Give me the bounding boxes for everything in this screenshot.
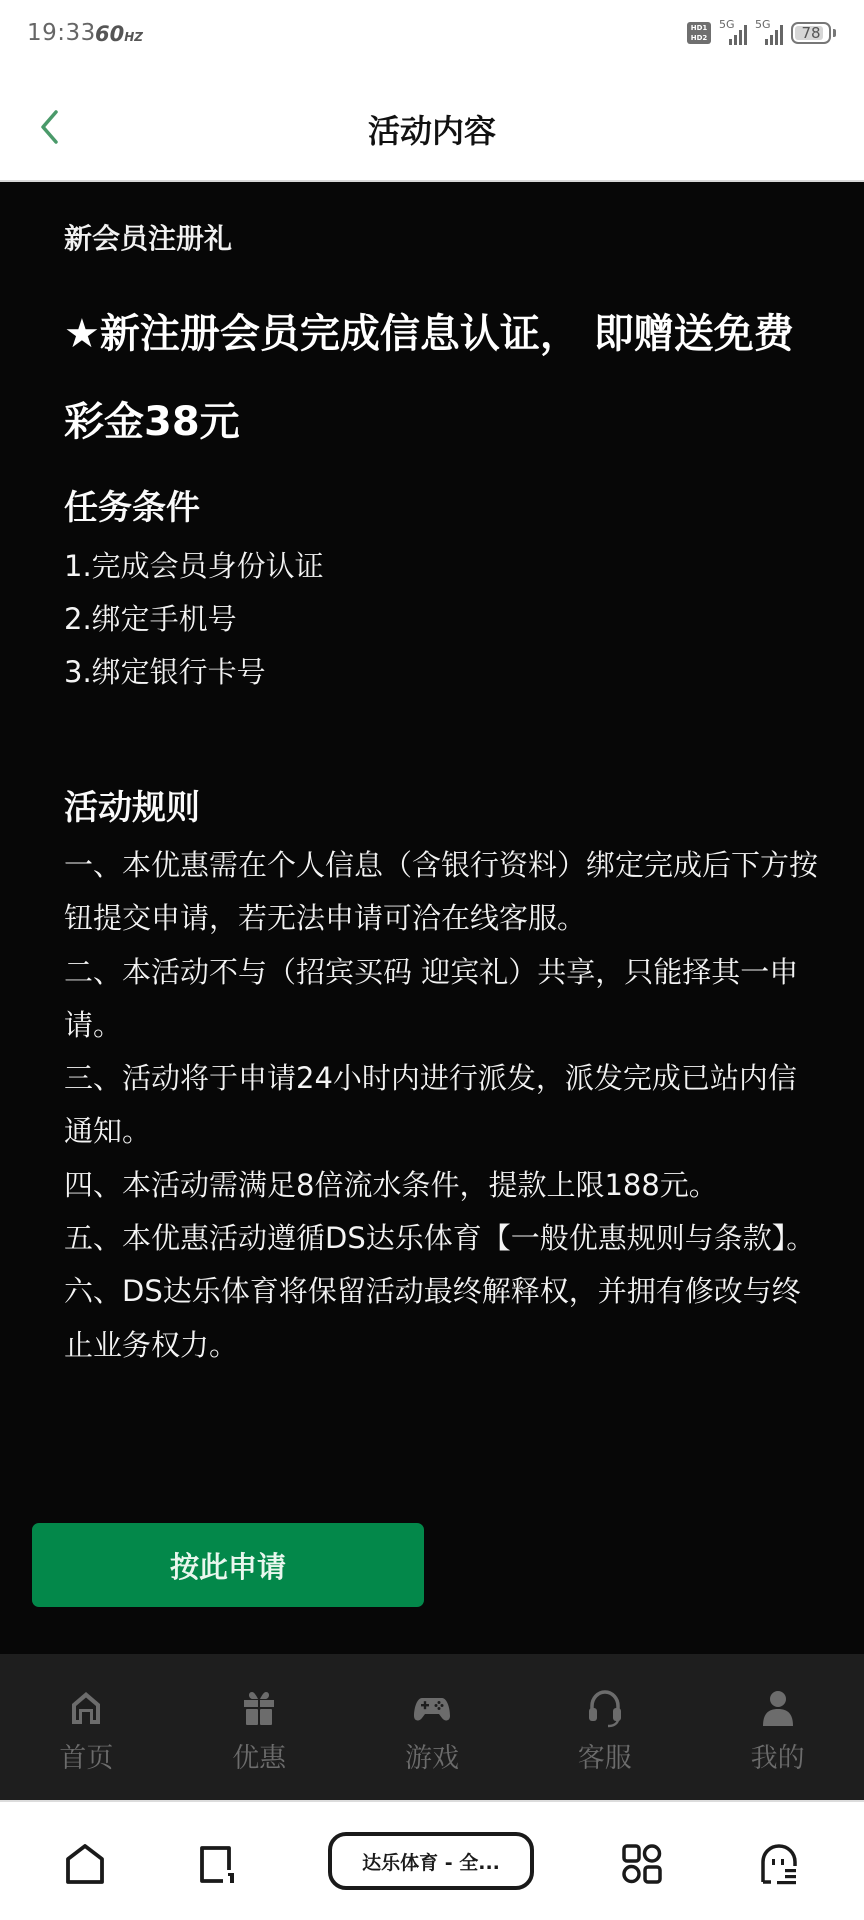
tabs-icon[interactable] [196,1842,240,1886]
promo-headline: ★新注册会员完成信息认证， 即赠送免费彩金38元 [64,290,824,466]
tab-profile[interactable]: 我的 [691,1654,864,1800]
bottom-tab-bar: 首页 优惠 游戏 客服 [0,1654,864,1800]
gift-icon [239,1688,279,1728]
tab-label: 游戏 [405,1736,459,1775]
current-app-pill[interactable]: 达乐体育 - 全... [328,1832,534,1890]
rule-item: 四、本活动需满足8倍流水条件，提款上限188元。 [64,1159,824,1212]
tab-label: 客服 [578,1736,632,1775]
battery-level: 78 [801,24,820,42]
task-item: 3.绑定银行卡号 [64,646,324,699]
signal-icon-2: 5G [755,21,783,45]
promo-content: 新会员注册礼 ★新注册会员完成信息认证， 即赠送免费彩金38元 任务条件 1.完… [0,182,864,1654]
tab-support[interactable]: 客服 [518,1654,691,1800]
hd1-label: HD1 [687,23,711,33]
tab-label: 优惠 [232,1736,286,1775]
task-list: 1.完成会员身份认证 2.绑定手机号 3.绑定银行卡号 [64,540,324,699]
status-bar: 19:33 60HZ HD1 HD2 5G 5G 78 [0,0,864,64]
tab-label: 首页 [59,1736,113,1775]
page-header: 活动内容 [0,64,864,182]
tab-home[interactable]: 首页 [0,1654,173,1800]
signal-icon-1: 5G [719,21,747,45]
refresh-rate: 60HZ [95,22,143,46]
status-time: 19:33 [27,20,96,46]
tab-promotions[interactable]: 优惠 [173,1654,346,1800]
rule-item: 二、本活动不与（招宾买码 迎宾礼）共享，只能择其一申请。 [64,946,824,1053]
page-title: 活动内容 [0,106,864,152]
home-outline-icon[interactable] [63,1842,107,1886]
apps-grid-icon[interactable] [620,1842,664,1886]
rule-item: 三、活动将于申请24小时内进行派发，派发完成已站内信通知。 [64,1052,824,1159]
rules-list: 一、本优惠需在个人信息（含银行资料）绑定完成后下方按钮提交申请，若无法申请可洽在… [64,839,824,1372]
promo-name: 新会员注册礼 [64,217,232,257]
hd-voice-icon: HD1 HD2 [687,22,711,44]
headset-icon [585,1688,625,1728]
tab-label: 我的 [751,1736,805,1775]
status-icons: HD1 HD2 5G 5G 78 [687,20,836,46]
network-type-1: 5G [719,18,735,31]
hd2-label: HD2 [687,33,711,43]
task-item: 2.绑定手机号 [64,593,324,646]
refresh-rate-value: 60 [95,22,124,46]
rule-item: 六、DS达乐体育将保留活动最终解释权，并拥有修改与终止业务权力。 [64,1265,824,1372]
home-icon [66,1688,106,1728]
tasks-title: 任务条件 [64,480,200,529]
tab-games[interactable]: 游戏 [346,1654,519,1800]
apply-button[interactable]: 按此申请 [32,1523,424,1607]
rules-title: 活动规则 [64,780,200,829]
gamepad-icon [412,1688,452,1728]
rule-item: 五、本优惠活动遵循DS达乐体育【一般优惠规则与条款】。 [64,1212,824,1265]
rule-item: 一、本优惠需在个人信息（含银行资料）绑定完成后下方按钮提交申请，若无法申请可洽在… [64,839,824,946]
battery-icon: 78 [791,22,831,44]
battery-tip [833,29,836,37]
system-nav-bar: 达乐体育 - 全... [0,1800,864,1920]
user-icon [758,1688,798,1728]
refresh-rate-unit: HZ [124,30,143,44]
task-item: 1.完成会员身份认证 [64,540,324,593]
ghost-menu-icon[interactable] [757,1842,801,1886]
network-type-2: 5G [755,18,771,31]
